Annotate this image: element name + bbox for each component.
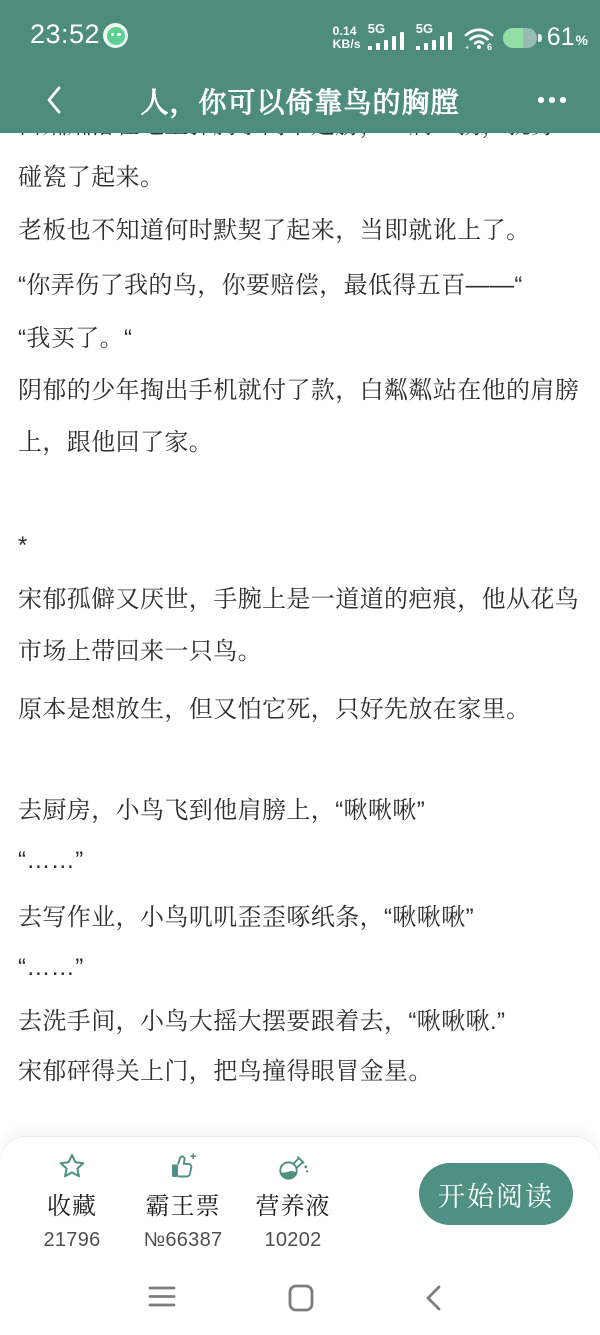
android-nav-bar xyxy=(0,1280,600,1324)
network-speed: 0.14 KB/s xyxy=(333,25,361,50)
app-screen: 白粼粼落在地上扑腾了两下翅膀，一瘸一拐，就势 碰瓷了起来。 老板也不知道何时默契… xyxy=(0,0,600,1335)
back-icon[interactable] xyxy=(424,1284,442,1312)
signal-5g-icon: 5G xyxy=(367,20,409,53)
text-line: 上，跟他回了家。 xyxy=(18,417,582,469)
more-dots-icon[interactable] xyxy=(536,95,568,105)
wechat-icon xyxy=(103,23,128,48)
nutrient-stat[interactable]: 营养液 10202 xyxy=(237,1150,349,1252)
text-line: 去洗手间，小鸟大摇大摆要跟着去，“啾啾啾.” xyxy=(18,996,582,1048)
text-line: 老板也不知道何时默契了起来，当即就讹上了。 xyxy=(18,205,582,257)
svg-text:6: 6 xyxy=(487,42,492,51)
battery-percent: 61 % xyxy=(547,23,588,52)
text-line: 市场上带回来一只鸟。 xyxy=(18,626,582,678)
net2-label: 5G xyxy=(416,21,433,36)
favorite-count: 21796 xyxy=(16,1229,128,1252)
speed-value: 0.14 xyxy=(333,25,357,38)
text-line: “你弄伤了我的鸟，你要赔偿，最低得五百——“ xyxy=(18,260,582,312)
status-indicators: 0.14 KB/s 5G 5G 6 61 % xyxy=(333,17,588,53)
text-line: 原本是想放生，但又怕它死，只好先放在家里。 xyxy=(18,684,582,736)
recents-menu-icon[interactable] xyxy=(148,1284,176,1310)
page-title: 人，你可以倚靠鸟的胸膛 xyxy=(80,81,520,121)
status-time: 23:52 xyxy=(30,19,100,50)
top-bar: 23:52 0.14 KB/s 5G 5G 6 xyxy=(0,0,600,133)
start-reading-button[interactable]: 开始阅读 xyxy=(419,1163,573,1225)
text-line: 碰瓷了起来。 xyxy=(18,152,582,204)
overlord-ticket-count: №66387 xyxy=(127,1229,239,1252)
flask-icon xyxy=(276,1151,310,1183)
wifi-6-icon: 6 xyxy=(463,24,495,51)
star-outline-icon xyxy=(56,1151,88,1183)
text-line: 宋郁孤僻又厌世，手腕上是一道道的疤痕，他从花鸟 xyxy=(18,574,582,626)
thumb-up-icon xyxy=(167,1151,199,1183)
chapter-preview-text: 白粼粼落在地上扑腾了两下翅膀，一瘸一拐，就势 碰瓷了起来。 老板也不知道何时默契… xyxy=(0,0,600,1335)
back-chevron-icon[interactable] xyxy=(44,84,64,116)
text-line: “……” xyxy=(18,942,582,994)
text-line: “我买了。“ xyxy=(18,313,582,365)
text-line: 去写作业，小鸟叽叽歪歪啄纸条，“啾啾啾” xyxy=(18,892,582,944)
home-icon[interactable] xyxy=(288,1284,314,1312)
text-line: 阴郁的少年掏出手机就付了款，白粼粼站在他的肩膀 xyxy=(18,365,582,417)
text-line: 宋郁砰得关上门，把鸟撞得眼冒金星。 xyxy=(18,1046,582,1098)
net1-label: 5G xyxy=(368,21,385,36)
favorite-label: 收藏 xyxy=(16,1186,128,1221)
nutrient-label: 营养液 xyxy=(237,1186,349,1221)
text-line: 去厨房，小鸟飞到他肩膀上，“啾啾啾” xyxy=(18,785,582,837)
signal-5g-icon: 5G xyxy=(415,20,457,53)
text-line: “……” xyxy=(18,835,582,887)
battery-icon xyxy=(503,28,537,48)
battery-fill xyxy=(503,28,524,48)
favorite-stat[interactable]: 收藏 21796 xyxy=(16,1150,128,1252)
overlord-ticket-stat[interactable]: 霸王票 №66387 xyxy=(127,1150,239,1252)
nutrient-count: 10202 xyxy=(237,1229,349,1252)
overlord-ticket-label: 霸王票 xyxy=(127,1186,239,1221)
text-line-separator: * xyxy=(18,520,582,572)
speed-unit: KB/s xyxy=(333,38,361,51)
bottom-action-sheet: 收藏 21796 霸王票 №66387 xyxy=(0,1137,600,1335)
